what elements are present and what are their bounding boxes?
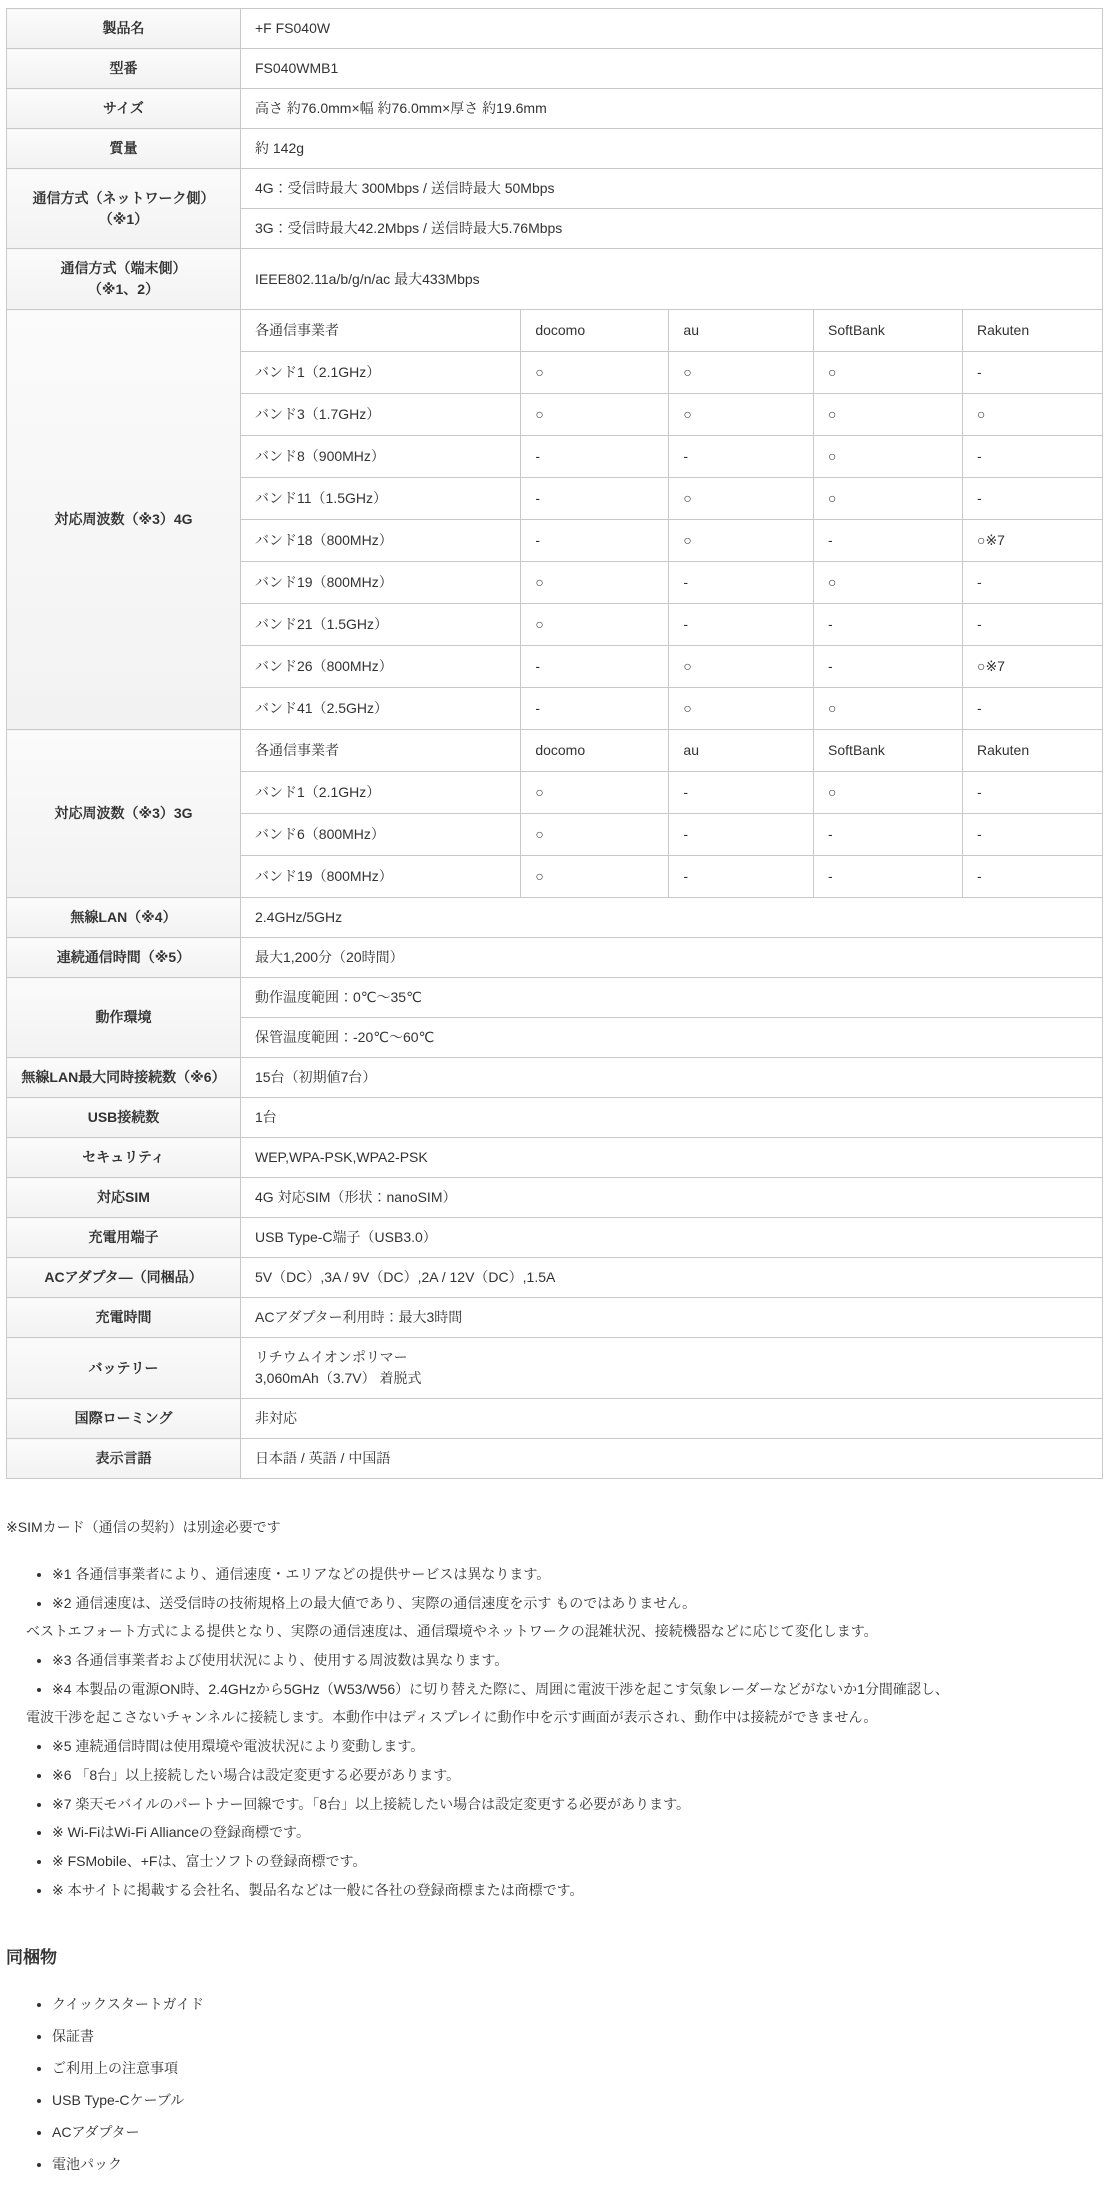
note-item: ※7 楽天モバイルのパートナー回線です。「8台」以上接続したい場合は設定変更する… xyxy=(52,1794,1103,1816)
band-cell: ○ xyxy=(669,352,814,394)
row-value-3g: 3G：受信時最大42.2Mbps / 送信時最大5.76Mbps xyxy=(241,209,1103,249)
list-item: クイックスタートガイド xyxy=(52,1994,1103,2015)
note-item-continuation: ベストエフォート方式による提供となり、実際の通信速度は、通信環境やネットワークの… xyxy=(26,1621,1103,1643)
product-spec-page: 製品名 +F FS040W 型番 FS040WMB1 サイズ 高さ 約76.0m… xyxy=(0,0,1109,2210)
band-row: バンド11（1.5GHz） - ○ ○ - xyxy=(241,478,1102,520)
included-items-list: クイックスタートガイド 保証書 ご利用上の注意事項 USB Type-Cケーブル… xyxy=(6,1994,1103,2175)
band-row: バンド41（2.5GHz） - ○ ○ - xyxy=(241,688,1102,730)
band-4g-table: 各通信事業者 docomo au SoftBank Rakuten バンド1（2… xyxy=(241,310,1102,729)
row-value: 約 142g xyxy=(241,129,1103,169)
band-cell: ○ xyxy=(814,688,963,730)
list-item: USB Type-Cケーブル xyxy=(52,2090,1103,2111)
row-label-line1: 通信方式（端末側） xyxy=(61,260,187,276)
band-name: バンド19（800MHz） xyxy=(241,562,521,604)
spec-row-band-3g: 対応周波数（※3）3G 各通信事業者 docomo au SoftBank Ra… xyxy=(7,730,1103,898)
band-cell: ○ xyxy=(669,646,814,688)
band-cell: ○ xyxy=(669,520,814,562)
band-cell: ○ xyxy=(962,394,1102,436)
spec-row-wlan: 無線LAN（※4） 2.4GHz/5GHz xyxy=(7,898,1103,938)
spec-row-continuous-time: 連続通信時間（※5） 最大1,200分（20時間） xyxy=(7,938,1103,978)
carrier-header-row: 各通信事業者 docomo au SoftBank Rakuten xyxy=(241,310,1102,352)
row-value: 2.4GHz/5GHz xyxy=(241,898,1103,938)
row-label: 連続通信時間（※5） xyxy=(7,938,241,978)
band-cell: - xyxy=(669,772,814,814)
note-item: ※1 各通信事業者により、通信速度・エリアなどの提供サービスは異なります。 xyxy=(52,1564,1103,1586)
row-label: 充電用端子 xyxy=(7,1218,241,1258)
band-cell: ○ xyxy=(521,562,669,604)
band-row: バンド26（800MHz） - ○ - ○※7 xyxy=(241,646,1102,688)
note-item: ※ 本サイトに掲載する会社名、製品名などは一般に各社の登録商標または商標です。 xyxy=(52,1880,1103,1902)
note-item: ※4 本製品の電源ON時、2.4GHzから5GHz（W53/W56）に切り替えた… xyxy=(52,1679,1103,1701)
spec-row-charging-port: 充電用端子 USB Type-C端子（USB3.0） xyxy=(7,1218,1103,1258)
row-value: FS040WMB1 xyxy=(241,49,1103,89)
row-value: WEP,WPA-PSK,WPA2-PSK xyxy=(241,1138,1103,1178)
band-row: バンド6（800MHz） ○ - - - xyxy=(241,814,1102,856)
row-label: 対応SIM xyxy=(7,1178,241,1218)
band-name: バンド6（800MHz） xyxy=(241,814,521,856)
row-value: +F FS040W xyxy=(241,9,1103,49)
spec-row-ac-adapter: ACアダプタ―（同梱品） 5V（DC）,3A / 9V（DC）,2A / 12V… xyxy=(7,1258,1103,1298)
band-cell: ○ xyxy=(814,772,963,814)
row-label: 無線LAN（※4） xyxy=(7,898,241,938)
band-cell: ○ xyxy=(521,772,669,814)
band-cell: - xyxy=(814,646,963,688)
spec-row-battery: バッテリー リチウムイオンポリマー 3,060mAh（3.7V） 着脱式 xyxy=(7,1338,1103,1399)
row-label: 国際ローミング xyxy=(7,1399,241,1439)
band-cell: - xyxy=(962,436,1102,478)
band-name: バンド3（1.7GHz） xyxy=(241,394,521,436)
note-item-continuation: 電波干渉を起こさないチャンネルに接続します。本動作中はディスプレイに動作中を示す… xyxy=(26,1707,1103,1729)
band-row: バンド8（900MHz） - - ○ - xyxy=(241,436,1102,478)
row-label: バッテリー xyxy=(7,1338,241,1399)
row-label: 充電時間 xyxy=(7,1298,241,1338)
carrier-header-cell: SoftBank xyxy=(814,310,963,352)
band-cell: ○ xyxy=(521,394,669,436)
row-value-storage: 保管温度範囲：-20℃〜60℃ xyxy=(241,1018,1103,1058)
list-item: 電池パック xyxy=(52,2154,1103,2175)
band-cell: ○ xyxy=(814,352,963,394)
band-cell: ○ xyxy=(521,856,669,898)
row-label: 無線LAN最大同時接続数（※6） xyxy=(7,1058,241,1098)
band-name: バンド1（2.1GHz） xyxy=(241,352,521,394)
band-cell: - xyxy=(814,814,963,856)
band-cell: ○ xyxy=(669,394,814,436)
spec-row-network-mode: 通信方式（ネットワーク側） （※1） 4G：受信時最大 300Mbps / 送信… xyxy=(7,169,1103,209)
row-label: 型番 xyxy=(7,49,241,89)
band-cell: ○※7 xyxy=(962,646,1102,688)
row-label-line2: （※1、2） xyxy=(88,281,159,297)
band-row: バンド1（2.1GHz） ○ ○ ○ - xyxy=(241,352,1102,394)
note-item: ※2 通信速度は、送受信時の技術規格上の最大値であり、実際の通信速度を示す もの… xyxy=(52,1593,1103,1615)
row-value: 5V（DC）,3A / 9V（DC）,2A / 12V（DC）,1.5A xyxy=(241,1258,1103,1298)
band-row: バンド21（1.5GHz） ○ - - - xyxy=(241,604,1102,646)
list-item: ご利用上の注意事項 xyxy=(52,2058,1103,2079)
band-cell: - xyxy=(962,352,1102,394)
row-value: 最大1,200分（20時間） xyxy=(241,938,1103,978)
band-cell: - xyxy=(814,856,963,898)
band-cell: - xyxy=(962,604,1102,646)
note-item: ※3 各通信事業者および使用状況により、使用する周波数は異なります。 xyxy=(52,1650,1103,1672)
row-label: 質量 xyxy=(7,129,241,169)
band-cell: - xyxy=(962,856,1102,898)
band-cell: - xyxy=(669,562,814,604)
band-cell: - xyxy=(962,478,1102,520)
row-label: 通信方式（端末側） （※1、2） xyxy=(7,249,241,310)
sim-required-note: ※SIMカード（通信の契約）は別途必要です xyxy=(6,1517,1103,1538)
row-label: 通信方式（ネットワーク側） （※1） xyxy=(7,169,241,249)
carrier-header-cell: Rakuten xyxy=(962,730,1102,772)
band-cell: - xyxy=(521,478,669,520)
band-cell: - xyxy=(521,436,669,478)
band-cell: - xyxy=(669,856,814,898)
band-row: バンド18（800MHz） - ○ - ○※7 xyxy=(241,520,1102,562)
spec-table: 製品名 +F FS040W 型番 FS040WMB1 サイズ 高さ 約76.0m… xyxy=(6,8,1103,1479)
note-item: ※6 「8台」以上接続したい場合は設定変更する必要があります。 xyxy=(52,1765,1103,1787)
note-item: ※ FSMobile、+Fは、富士ソフトの登録商標です。 xyxy=(52,1851,1103,1873)
row-label: ACアダプタ―（同梱品） xyxy=(7,1258,241,1298)
list-item: ACアダプター xyxy=(52,2122,1103,2143)
row-label: 対応周波数（※3）4G xyxy=(7,310,241,730)
band-cell: - xyxy=(521,646,669,688)
band-row: バンド19（800MHz） ○ - - - xyxy=(241,856,1102,898)
row-value: ACアダプター利用時：最大3時間 xyxy=(241,1298,1103,1338)
row-label: 製品名 xyxy=(7,9,241,49)
row-label: 表示言語 xyxy=(7,1439,241,1479)
band-cell: - xyxy=(814,604,963,646)
row-label-line1: 通信方式（ネットワーク側） xyxy=(33,190,215,206)
band-row: バンド1（2.1GHz） ○ - ○ - xyxy=(241,772,1102,814)
note-item: ※5 連続通信時間は使用環境や電波状況により変動します。 xyxy=(52,1736,1103,1758)
band-row: バンド19（800MHz） ○ - ○ - xyxy=(241,562,1102,604)
row-value: 日本語 / 英語 / 中国語 xyxy=(241,1439,1103,1479)
spec-row-band-4g: 対応周波数（※3）4G 各通信事業者 docomo au SoftBank Ra… xyxy=(7,310,1103,730)
spec-row-product-name: 製品名 +F FS040W xyxy=(7,9,1103,49)
band-cell: - xyxy=(962,688,1102,730)
band-cell: ○ xyxy=(814,562,963,604)
row-value: 非対応 xyxy=(241,1399,1103,1439)
row-value: 4G 対応SIM（形状：nanoSIM） xyxy=(241,1178,1103,1218)
included-items-heading: 同梱物 xyxy=(6,1943,1103,1968)
carrier-header-row: 各通信事業者 docomo au SoftBank Rakuten xyxy=(241,730,1102,772)
spec-row-charging-time: 充電時間 ACアダプター利用時：最大3時間 xyxy=(7,1298,1103,1338)
band-cell: ○ xyxy=(814,478,963,520)
band-cell: - xyxy=(521,688,669,730)
carrier-header-cell: Rakuten xyxy=(962,310,1102,352)
spec-row-display-language: 表示言語 日本語 / 英語 / 中国語 xyxy=(7,1439,1103,1479)
band-cell: ○ xyxy=(669,478,814,520)
carrier-header-cell: au xyxy=(669,730,814,772)
band-cell: ○※7 xyxy=(962,520,1102,562)
spec-row-usb-connections: USB接続数 1台 xyxy=(7,1098,1103,1138)
carrier-header-cell: 各通信事業者 xyxy=(241,730,521,772)
band-cell: ○ xyxy=(814,394,963,436)
band-name: バンド18（800MHz） xyxy=(241,520,521,562)
spec-row-size: サイズ 高さ 約76.0mm×幅 約76.0mm×厚さ 約19.6mm xyxy=(7,89,1103,129)
row-label-line2: （※1） xyxy=(99,211,148,227)
band-cell: - xyxy=(669,814,814,856)
spec-row-device-mode: 通信方式（端末側） （※1、2） IEEE802.11a/b/g/n/ac 最大… xyxy=(7,249,1103,310)
carrier-header-cell: 各通信事業者 xyxy=(241,310,521,352)
carrier-header-cell: docomo xyxy=(521,730,669,772)
row-label: 対応周波数（※3）3G xyxy=(7,730,241,898)
row-label: 動作環境 xyxy=(7,978,241,1058)
band-cell: - xyxy=(962,814,1102,856)
band-cell: - xyxy=(669,436,814,478)
row-value: 15台（初期値7台） xyxy=(241,1058,1103,1098)
band-cell: - xyxy=(814,520,963,562)
row-value: 高さ 約76.0mm×幅 約76.0mm×厚さ 約19.6mm xyxy=(241,89,1103,129)
carrier-header-cell: au xyxy=(669,310,814,352)
band-name: バンド1（2.1GHz） xyxy=(241,772,521,814)
row-value: リチウムイオンポリマー 3,060mAh（3.7V） 着脱式 xyxy=(241,1338,1103,1399)
band-name: バンド26（800MHz） xyxy=(241,646,521,688)
band-cell: - xyxy=(962,562,1102,604)
notes-list: ※1 各通信事業者により、通信速度・エリアなどの提供サービスは異なります。 ※2… xyxy=(6,1564,1103,1901)
band-3g-table: 各通信事業者 docomo au SoftBank Rakuten バンド1（2… xyxy=(241,730,1102,897)
band-name: バンド8（900MHz） xyxy=(241,436,521,478)
row-value-operating: 動作温度範囲：0℃〜35℃ xyxy=(241,978,1103,1018)
band-cell: ○ xyxy=(521,814,669,856)
battery-capacity: 3,060mAh（3.7V） 着脱式 xyxy=(255,1368,1088,1389)
band-cell: - xyxy=(962,772,1102,814)
row-value: IEEE802.11a/b/g/n/ac 最大433Mbps xyxy=(241,249,1103,310)
band-cell: - xyxy=(521,520,669,562)
band-cell: - xyxy=(669,604,814,646)
band-cell: ○ xyxy=(669,688,814,730)
band-cell: ○ xyxy=(814,436,963,478)
spec-row-environment: 動作環境 動作温度範囲：0℃〜35℃ xyxy=(7,978,1103,1018)
row-value: 1台 xyxy=(241,1098,1103,1138)
row-label: サイズ xyxy=(7,89,241,129)
row-value-4g: 4G：受信時最大 300Mbps / 送信時最大 50Mbps xyxy=(241,169,1103,209)
note-item: ※ Wi-FiはWi-Fi Allianceの登録商標です。 xyxy=(52,1822,1103,1844)
band-name: バンド19（800MHz） xyxy=(241,856,521,898)
row-label: USB接続数 xyxy=(7,1098,241,1138)
spec-row-model: 型番 FS040WMB1 xyxy=(7,49,1103,89)
band-name: バンド21（1.5GHz） xyxy=(241,604,521,646)
spec-row-weight: 質量 約 142g xyxy=(7,129,1103,169)
spec-row-sim: 対応SIM 4G 対応SIM（形状：nanoSIM） xyxy=(7,1178,1103,1218)
band-name: バンド41（2.5GHz） xyxy=(241,688,521,730)
band-cell: ○ xyxy=(521,604,669,646)
carrier-header-cell: SoftBank xyxy=(814,730,963,772)
row-label: セキュリティ xyxy=(7,1138,241,1178)
spec-row-max-connections: 無線LAN最大同時接続数（※6） 15台（初期値7台） xyxy=(7,1058,1103,1098)
band-cell: ○ xyxy=(521,352,669,394)
spec-row-security: セキュリティ WEP,WPA-PSK,WPA2-PSK xyxy=(7,1138,1103,1178)
battery-type: リチウムイオンポリマー xyxy=(255,1347,1088,1368)
band-name: バンド11（1.5GHz） xyxy=(241,478,521,520)
carrier-header-cell: docomo xyxy=(521,310,669,352)
list-item: 保証書 xyxy=(52,2026,1103,2047)
band-row: バンド3（1.7GHz） ○ ○ ○ ○ xyxy=(241,394,1102,436)
row-value: USB Type-C端子（USB3.0） xyxy=(241,1218,1103,1258)
spec-row-roaming: 国際ローミング 非対応 xyxy=(7,1399,1103,1439)
